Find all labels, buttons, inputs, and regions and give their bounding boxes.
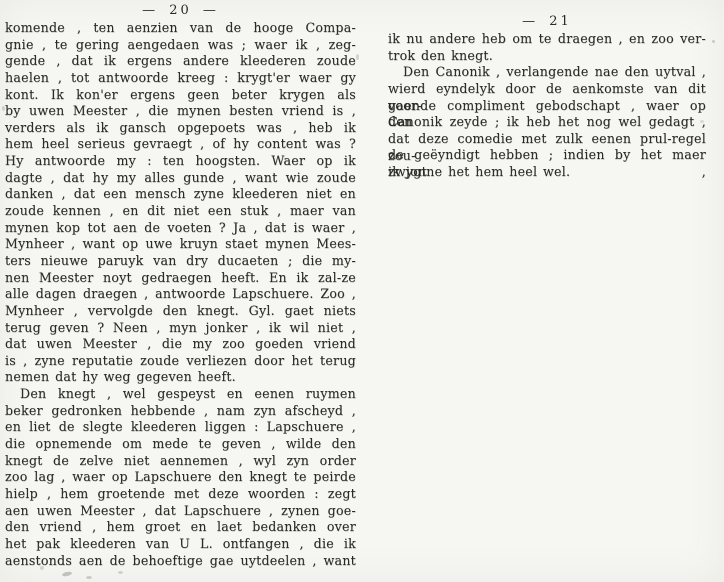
text-line: zoo lag , waer op Lapschuere den knegt t… bbox=[5, 469, 356, 486]
text-line: ters nieuwe paruyk van dry ducaeten ; di… bbox=[5, 253, 356, 270]
text-line: Den knegt , wel gespeyst en eenen ruymen bbox=[5, 386, 356, 403]
page-21: — 21 ik nu andere heb om te draegen , en… bbox=[388, 2, 706, 181]
text-line: dagte , dat hy my alles gunde , want wie… bbox=[5, 170, 356, 187]
text-line: hem heel serieus gevraegt , of hy conten… bbox=[5, 136, 356, 153]
scan-speckle bbox=[712, 40, 715, 43]
text-line: gnie , te gering aengedaen was ; waer ik… bbox=[5, 37, 356, 54]
page-number-header-right: — 21 bbox=[388, 13, 706, 30]
page-21-text-body: ik nu andere heb om te draegen , en zoo … bbox=[388, 31, 706, 181]
text-line: en liet de slegte kleederen liggen : Lap… bbox=[5, 419, 356, 436]
text-line: Mynheer , vervolgde den knegt. Gyl. gaet… bbox=[5, 303, 356, 320]
text-line: de geëyndigt hebben ; indien by het maer… bbox=[388, 147, 706, 164]
text-line: Hy antwoorde my : ten hoogsten. Waer op … bbox=[5, 153, 356, 170]
text-line: gende , dat ik ergens andere kleederen z… bbox=[5, 53, 356, 70]
text-line: is , zyne reputatie zoude verliezen door… bbox=[5, 353, 356, 370]
text-line: dat uwen Meester , die my zoo goeden vri… bbox=[5, 336, 356, 353]
text-line: Den Canonik , verlangende nae den uytval… bbox=[388, 64, 706, 81]
text-line: danken , dat een mensch zyne kleederen n… bbox=[5, 186, 356, 203]
scan-speckle bbox=[40, 566, 44, 570]
text-line: verders als ik gansch opgepoets was , he… bbox=[5, 120, 356, 137]
text-line: hielp , hem groetende met deze woorden :… bbox=[5, 486, 356, 503]
text-line: trok den knegt. bbox=[388, 48, 706, 65]
text-line: dat deze comedie met zulk eenen prul-reg… bbox=[388, 131, 706, 148]
page-20-text-body: komende , ten aenzien van de hooge Compa… bbox=[5, 20, 356, 569]
scan-speckle bbox=[62, 571, 73, 577]
text-line: terug geven ? Neen , myn jonker , ik wil… bbox=[5, 320, 356, 337]
text-line: het pak kleederen van U L. ontfangen , d… bbox=[5, 536, 356, 553]
scan-speckle bbox=[700, 120, 704, 123]
text-line: Mynheer , want op uwe kruyn staet mynen … bbox=[5, 236, 356, 253]
text-line: den vriend , hem groet en laet bedanken … bbox=[5, 519, 356, 536]
text-line: by uwen Meester , die mynen besten vrien… bbox=[5, 103, 356, 120]
text-line: Canonik zeyde ; ik heb het nog wel gedag… bbox=[388, 114, 706, 131]
text-line: komende , ten aenzien van de hooge Compa… bbox=[5, 20, 356, 37]
text-line: gaende compliment gebodschapt , waer op … bbox=[388, 98, 706, 115]
scan-speckle bbox=[118, 571, 123, 574]
text-line: ik nu andere heb om te draegen , en zoo … bbox=[388, 31, 706, 48]
text-line: knegt de zelve niet aennemen , wyl zyn o… bbox=[5, 453, 356, 470]
text-line: nemen dat hy weg gegeven heeft. bbox=[5, 369, 356, 386]
text-line: kont. Ik kon'er ergens geen beter krygen… bbox=[5, 87, 356, 104]
scan-speckle bbox=[2, 106, 5, 111]
text-line: haelen , tot antwoorde kreeg : krygt'er … bbox=[5, 70, 356, 87]
text-line: alle dagen draegen , antwoorde Lapschuer… bbox=[5, 286, 356, 303]
text-line: aen uwen Meester , dat Lapschuere , zyne… bbox=[5, 503, 356, 520]
scan-speckle bbox=[86, 576, 92, 579]
text-line: mynen kop tot aen de voeten ? Ja , dat i… bbox=[5, 220, 356, 237]
page-20: — 20 — komende , ten aenzien van de hoog… bbox=[5, 2, 356, 569]
text-line: die opnemende om mede te geven , wilde d… bbox=[5, 436, 356, 453]
book-scan: — 20 — komende , ten aenzien van de hoog… bbox=[0, 0, 724, 582]
text-line: wierd eyndelyk door de aenkomste van dit… bbox=[388, 81, 706, 98]
page-number-header-left: — 20 — bbox=[5, 2, 356, 19]
text-line: nen Meester noyt gedraegen heeft. En ik … bbox=[5, 270, 356, 287]
text-line: aenstonds aen de behoeftige gae uytdeele… bbox=[5, 553, 356, 570]
text-line: zoude kennen , en dit niet een stuk , ma… bbox=[5, 203, 356, 220]
text-line: beker gedronken hebbende , nam zyn afsch… bbox=[5, 403, 356, 420]
scan-speckle bbox=[356, 54, 359, 60]
